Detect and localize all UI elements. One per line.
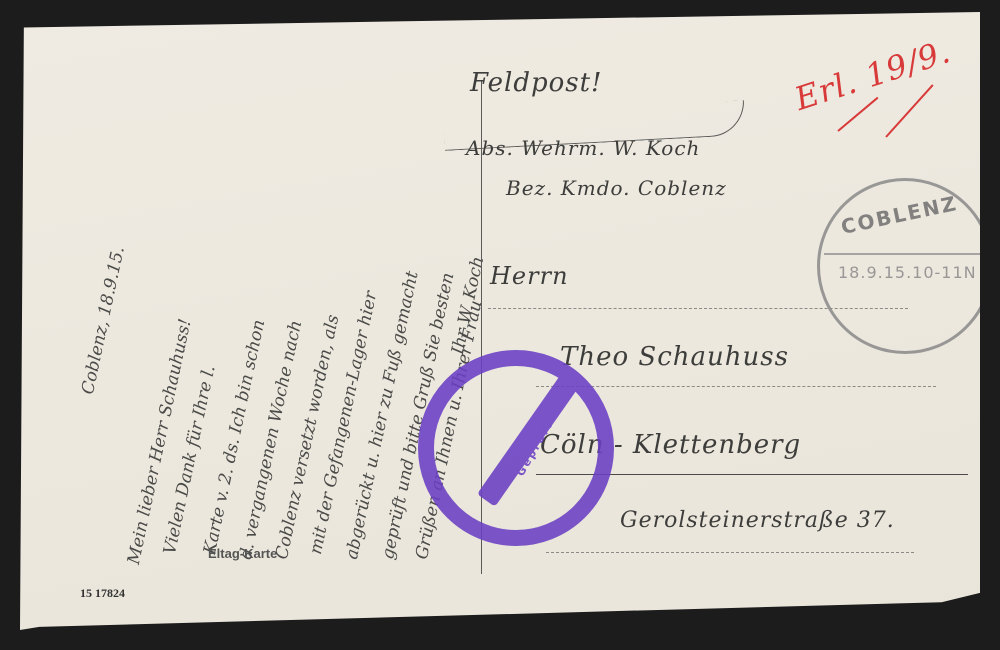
postmark-stamp: COBLENZ 18.9.15.10-11N (817, 178, 993, 354)
censor-stamp-bar (477, 371, 581, 506)
postmark-date: 18.9.15.10-11N (838, 263, 977, 282)
recipient-name: Theo Schauhuss (560, 342, 789, 372)
feldpost-heading: Feldpost! (470, 68, 603, 98)
postmark-band (824, 253, 984, 255)
red-underline (885, 84, 933, 137)
card-serial-number: 15 17824 (80, 586, 125, 601)
sender-line-1: Abs. Wehrm. W. Koch (466, 136, 700, 160)
sender-line-2: Bez. Kmdo. Coblenz (506, 176, 727, 200)
address-line (536, 386, 936, 387)
postcard: Coblenz, 18.9.15. Mein lieber Herr Schau… (20, 12, 980, 630)
handwritten-message: Coblenz, 18.9.15. Mein lieber Herr Schau… (60, 52, 480, 582)
received-note: Erl. 19/9. (790, 32, 955, 118)
address-line (546, 552, 914, 553)
censor-stamp: Geprüft (418, 350, 614, 546)
card-print-label: Eltag-Karte (208, 546, 277, 561)
message-line: Coblenz, 18.9.15. (78, 245, 129, 397)
recipient-street: Gerolsteinerstraße 37. (620, 508, 895, 533)
recipient-salutation: Herrn (490, 262, 569, 290)
postmark-town: COBLENZ (839, 191, 960, 239)
address-line (488, 308, 908, 309)
